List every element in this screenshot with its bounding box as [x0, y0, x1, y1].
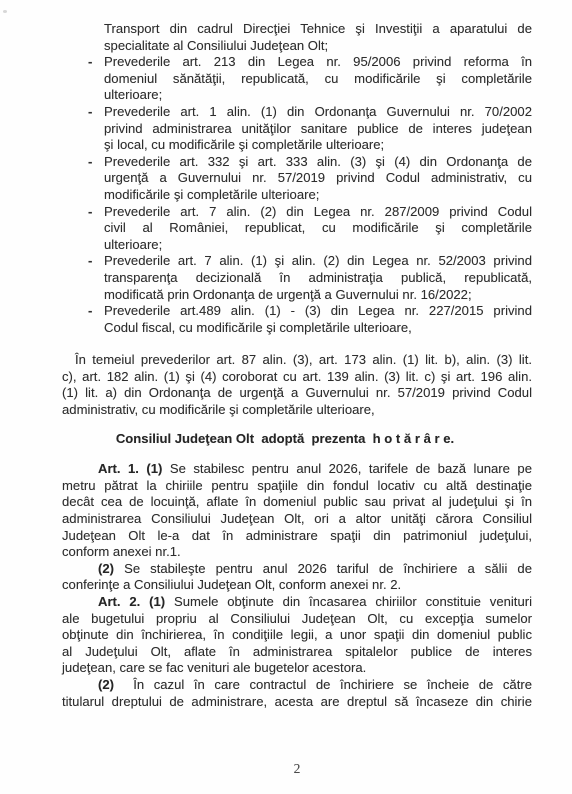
text-line: al Judeţului Olt, aflate în administrare… [62, 644, 532, 661]
list-item: - Prevederile art. 213 din Legea nr. 95/… [104, 54, 532, 104]
text-run: Se stabileşte pentru anul 2026 tariful d… [114, 561, 532, 576]
text-run: Se stabilesc pentru anul 2026, tarifele … [162, 461, 532, 476]
text-line: Art. 1. (1) Se stabilesc pentru anul 202… [62, 461, 532, 478]
list-item: Transport din cadrul Direcţiei Tehnice ş… [104, 21, 532, 54]
text-line: Judeţean Olt le-a dat în administrare sp… [62, 528, 532, 545]
article-lead: Art. 2. (1) [98, 594, 165, 609]
text-line: privind administrarea unităţilor sanitar… [104, 121, 532, 138]
text-line: decât cea de locuinţă, aflate în domeniu… [62, 494, 532, 511]
page-content: Transport din cadrul Direcţiei Tehnice ş… [62, 21, 532, 710]
text-line: Prevederile art. 7 alin. (2) din Legea n… [104, 204, 532, 221]
document-page: Transport din cadrul Direcţiei Tehnice ş… [0, 0, 572, 794]
text-line: ulterioare; [104, 237, 532, 254]
text-line: judeţean, care se fac venituri ale buget… [62, 660, 532, 677]
scan-artifact [3, 10, 7, 13]
list-item: - Prevederile art.489 alin. (1) - (3) di… [104, 303, 532, 336]
text-line: obţinute din închirierea, în condiţiile … [62, 627, 532, 644]
bullet-dash: - [88, 154, 92, 171]
text-run: Sumele obţinute din încasarea chiriilor … [165, 594, 532, 609]
article-2-paragraph-1: Art. 2. (1) Sumele obţinute din încasare… [62, 594, 532, 677]
text-line: Codul fiscal, cu modificările şi complet… [104, 320, 532, 337]
text-line: administrarea Consiliului Judeţean Olt, … [62, 511, 532, 528]
text-line: modificată prin Ordonanţa de urgenţă a G… [104, 287, 532, 304]
article-2-paragraph-2: (2) În cazul în care contractul de închi… [62, 677, 532, 710]
bullet-dash: - [88, 104, 92, 121]
decision-heading: Consiliul Judeţean Olt adoptă prezenta h… [62, 431, 508, 448]
list-item: - Prevederile art. 332 şi art. 333 alin.… [104, 154, 532, 204]
article-1-paragraph-2: (2) Se stabileşte pentru anul 2026 tarif… [62, 561, 532, 594]
text-line: şi local, cu modificările şi completăril… [104, 137, 532, 154]
bullet-dash: - [88, 54, 92, 71]
text-line: transparenţa decizională în administraţi… [104, 270, 532, 287]
text-line: conferinţe a Consiliului Judeţean Olt, c… [62, 577, 532, 594]
text-line: Prevederile art. 332 şi art. 333 alin. (… [104, 154, 532, 171]
text-line: În temeiul prevederilor art. 87 alin. (3… [62, 352, 532, 369]
text-line: modificările şi completările ulterioare; [104, 187, 532, 204]
text-line: specialitate al Consiliului Judeţean Olt… [104, 38, 532, 55]
text-line: administrativ, cu modificările şi comple… [62, 402, 532, 419]
text-line: titularul dreptului de administrare, ace… [62, 694, 532, 711]
text-line: Prevederile art. 213 din Legea nr. 95/20… [104, 54, 532, 71]
text-line: (1) lit. a) din Ordonanţa de urgenţă a G… [62, 385, 532, 402]
text-line: Prevederile art. 1 alin. (1) din Ordonan… [104, 104, 532, 121]
text-line: ulterioare; [104, 87, 532, 104]
preamble-paragraph: În temeiul prevederilor art. 87 alin. (3… [62, 352, 532, 418]
list-item: - Prevederile art. 7 alin. (1) şi alin. … [104, 253, 532, 303]
text-line: domeniul sănătăţii, republicată, cu modi… [104, 71, 532, 88]
article-lead: Art. 1. (1) [98, 461, 162, 476]
text-line: Prevederile art. 7 alin. (1) şi alin. (2… [104, 253, 532, 270]
bullet-dash: - [88, 204, 92, 221]
text-line: (2) Se stabileşte pentru anul 2026 tarif… [62, 561, 532, 578]
text-line: c), art. 182 alin. (1) şi (4) coroborat … [62, 369, 532, 386]
text-line: Prevederile art.489 alin. (1) - (3) din … [104, 303, 532, 320]
text-line: civil al României, republicat, cu modifi… [104, 220, 532, 237]
article-1-paragraph-1: Art. 1. (1) Se stabilesc pentru anul 202… [62, 461, 532, 561]
text-line: ale bugetului propriu al Consiliului Jud… [62, 611, 532, 628]
text-line: Transport din cadrul Direcţiei Tehnice ş… [104, 21, 532, 38]
article-lead: (2) [98, 561, 114, 576]
reference-list: Transport din cadrul Direcţiei Tehnice ş… [62, 21, 532, 336]
bullet-dash: - [88, 253, 92, 270]
text-line: conform anexei nr.1. [62, 544, 532, 561]
list-item: - Prevederile art. 1 alin. (1) din Ordon… [104, 104, 532, 154]
page-number: 2 [62, 761, 532, 777]
text-line: metru pătrat la chiriile pentru spaţiile… [62, 478, 532, 495]
list-item: - Prevederile art. 7 alin. (2) din Legea… [104, 204, 532, 254]
text-line: urgenţă a Guvernului nr. 57/2019 privind… [104, 170, 532, 187]
text-run: În cazul în care contractul de închirier… [114, 677, 532, 692]
article-lead: (2) [98, 677, 114, 692]
bullet-dash: - [88, 303, 92, 320]
text-line: Art. 2. (1) Sumele obţinute din încasare… [62, 594, 532, 611]
text-line: (2) În cazul în care contractul de închi… [62, 677, 532, 694]
